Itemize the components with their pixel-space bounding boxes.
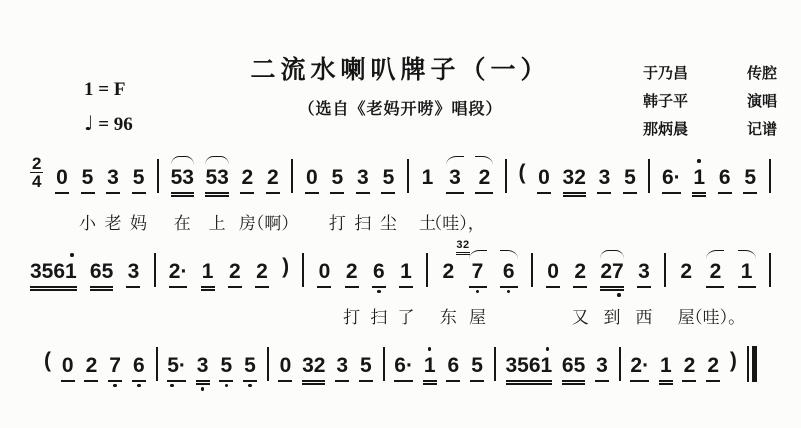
note: 6: [718, 152, 732, 205]
beam-underline: [30, 286, 77, 288]
quarter-note-icon: ♩: [84, 111, 93, 135]
octave-dot-above: [546, 347, 550, 351]
note: 5: [219, 340, 233, 393]
credit-name: 那炳晨: [643, 118, 688, 139]
beam-underline: [563, 195, 586, 197]
note: 2: [228, 246, 242, 299]
barline: [531, 253, 533, 287]
octave-dot-above: [428, 347, 432, 351]
beam-underline: [84, 380, 98, 382]
note: 0: [55, 152, 69, 205]
lyric: 在: [174, 209, 191, 234]
beam-underline: [394, 380, 413, 382]
credit-row: 于乃昌 传腔: [643, 62, 777, 83]
note: 53上: [205, 152, 228, 205]
note: 7屋: [469, 246, 487, 299]
note: 3: [126, 246, 140, 299]
beam-underline: [372, 286, 386, 288]
note: 5: [623, 152, 637, 205]
note: 2: [706, 340, 720, 393]
note: 3扫: [356, 152, 370, 205]
barline: [291, 159, 293, 193]
note: 1: [738, 246, 756, 299]
lyric: 妈: [130, 209, 147, 234]
lyric: 西: [635, 303, 652, 328]
beam-underline: [659, 383, 673, 385]
beam-underline: [623, 192, 637, 194]
beam-underline: [682, 380, 696, 382]
note: 0: [61, 340, 75, 393]
beam-underline: [600, 286, 623, 288]
octave-dot-below: [377, 290, 381, 294]
barline: [505, 159, 507, 193]
lyric: 打: [343, 303, 360, 328]
beam-underline: [167, 380, 186, 382]
note: 0: [546, 246, 560, 299]
note: 53在: [171, 152, 194, 205]
beam-underline: [219, 380, 233, 382]
beam-underline: [90, 286, 113, 288]
note: 6: [446, 340, 460, 393]
credit-role: 演唱: [747, 90, 777, 111]
beam-underline: [659, 380, 673, 382]
beam-underline: [475, 192, 493, 194]
note: 6·: [662, 152, 681, 205]
barline: [494, 347, 496, 381]
lyric: 扫: [354, 209, 371, 234]
note: 2（啊）: [266, 152, 280, 205]
beam-underline: [706, 286, 724, 288]
note: 5: [470, 340, 484, 393]
credit-role: 记谱: [747, 118, 777, 139]
lyric: 小: [79, 209, 96, 234]
beam-underline: [132, 380, 146, 382]
tempo-value: = 96: [98, 114, 133, 135]
lyric: 上: [209, 209, 226, 234]
note: 0: [537, 152, 551, 205]
barline: [619, 347, 621, 381]
barline: [156, 347, 158, 381]
octave-dot-above: [70, 253, 74, 257]
note: 5小: [81, 152, 95, 205]
beam-underline: [196, 380, 210, 382]
lyric: （啊）: [247, 209, 298, 234]
beam-underline: [597, 192, 611, 194]
beam-underline: [81, 192, 95, 194]
barline: [154, 253, 156, 287]
lyric: 又: [572, 303, 589, 328]
key-tempo-block: 1 = F ♩ = 96: [84, 80, 133, 148]
lyric: 打: [329, 209, 346, 234]
note: 65: [90, 246, 113, 299]
beam-underline: [423, 383, 437, 385]
slur: [738, 250, 756, 259]
barline: [157, 159, 159, 193]
credits-block: 于乃昌 传腔 韩子平 演唱 那炳晨 记谱: [643, 62, 777, 139]
note: 1: [659, 340, 673, 393]
note: 5: [743, 152, 757, 205]
note: 0: [317, 246, 331, 299]
parenthesis: ): [730, 349, 737, 373]
barline: [769, 159, 771, 193]
lyric: 老: [105, 209, 122, 234]
barline: [664, 253, 666, 287]
note: 6扫: [372, 246, 386, 299]
tempo-marking: ♩ = 96: [84, 113, 133, 135]
note: 3: [597, 152, 611, 205]
slur: [600, 250, 623, 259]
octave-dot-below: [225, 384, 229, 388]
note: 2·: [169, 246, 188, 299]
octave-dot-below: [137, 384, 141, 388]
parenthesis: (: [44, 349, 51, 373]
beam-underline: [692, 195, 706, 197]
credit-role: 传腔: [747, 62, 777, 83]
octave-dot-below: [170, 384, 174, 388]
beam-underline: [595, 380, 609, 382]
beam-underline: [169, 286, 188, 288]
beam-underline: [399, 286, 413, 288]
beam-underline: [317, 286, 331, 288]
credit-name: 于乃昌: [643, 62, 688, 83]
slur: [500, 250, 518, 259]
beam-underline: [537, 192, 551, 194]
beam-underline: [335, 380, 349, 382]
beam-underline: [90, 289, 113, 291]
beam-underline: [743, 192, 757, 194]
note: 1: [692, 152, 706, 205]
note: 3: [335, 340, 349, 393]
barline: [426, 253, 428, 287]
beam-underline: [600, 289, 623, 291]
octave-dot-above: [697, 159, 701, 163]
octave-dot-below: [113, 384, 117, 388]
note: 32: [302, 340, 325, 393]
beam-underline: [573, 286, 587, 288]
beam-underline: [446, 192, 464, 194]
beam-underline: [359, 380, 373, 382]
beam-underline: [302, 380, 325, 382]
beam-underline: [205, 195, 228, 197]
beam-underline: [706, 380, 720, 382]
beam-underline: [718, 192, 732, 194]
score-line-1: 2405小3老5妈53在53上2房2（啊）05打3扫5尘1土3（哇），2(032…: [30, 152, 771, 246]
beam-underline: [305, 192, 319, 194]
note: 3: [196, 340, 210, 393]
parenthesis: (: [519, 161, 526, 185]
barline: [267, 347, 269, 381]
beam-underline: [738, 286, 756, 288]
score-line-3: (02765·355032356·16535616532·122): [30, 340, 771, 400]
note: 5·: [167, 340, 186, 393]
note: 2屋: [679, 246, 693, 299]
beam-underline: [205, 192, 228, 194]
note: 2又: [573, 246, 587, 299]
beam-underline: [240, 192, 254, 194]
beam-underline: [330, 192, 344, 194]
lyric: （哇），: [425, 209, 485, 234]
beam-underline: [506, 383, 553, 385]
beam-underline: [469, 286, 487, 288]
note: 3西: [637, 246, 651, 299]
beam-underline: [61, 380, 75, 382]
lyric: 东: [440, 303, 457, 328]
beam-underline: [662, 192, 681, 194]
beam-underline: [500, 286, 518, 288]
note: 1: [201, 246, 215, 299]
beam-underline: [132, 192, 146, 194]
beam-underline: [266, 192, 280, 194]
beam-underline: [278, 380, 292, 382]
note: 2打: [345, 246, 359, 299]
barline: [383, 347, 385, 381]
lyric: 了: [398, 303, 415, 328]
beam-underline: [563, 192, 586, 194]
beam-underline: [171, 195, 194, 197]
lyric: （哇）。: [686, 303, 746, 328]
note: 5打: [330, 152, 344, 205]
octave-dot-below: [476, 290, 480, 294]
beam-underline: [228, 286, 242, 288]
note: 3（哇），: [446, 152, 464, 205]
beam-underline: [302, 383, 325, 385]
beam-underline: [255, 286, 269, 288]
beam-underline: [630, 380, 649, 382]
beam-underline: [243, 380, 257, 382]
note: 2（哇）。: [706, 246, 724, 299]
note: 3: [595, 340, 609, 393]
beam-underline: [546, 286, 560, 288]
barline: [648, 159, 650, 193]
slur: [205, 156, 228, 165]
parenthesis: ): [282, 255, 289, 279]
note: 6: [132, 340, 146, 393]
octave-dot-below: [617, 293, 621, 297]
beam-underline: [692, 192, 706, 194]
credit-row: 那炳晨 记谱: [643, 118, 777, 139]
octave-dot-below: [248, 384, 252, 388]
note: 2: [255, 246, 269, 299]
note: 2: [682, 340, 696, 393]
beam-underline: [201, 289, 215, 291]
credit-row: 韩子平 演唱: [643, 90, 777, 111]
beam-underline: [171, 192, 194, 194]
note: 27到: [600, 246, 623, 299]
note: 7: [108, 340, 122, 393]
beam-underline: [446, 380, 460, 382]
lyric: 屋: [469, 303, 486, 328]
beam-underline: [55, 192, 69, 194]
beam-underline: [196, 383, 210, 385]
note: 3561: [506, 340, 553, 393]
note: 5尘: [381, 152, 395, 205]
beam-underline: [470, 380, 484, 382]
note: 6: [500, 246, 518, 299]
note: 5妈: [132, 152, 146, 205]
slur: [475, 156, 493, 165]
beam-underline: [30, 289, 77, 291]
beam-underline: [345, 286, 359, 288]
barline: [769, 253, 771, 287]
note: 1土: [420, 152, 434, 205]
slur: [469, 250, 487, 259]
note: 2房: [240, 152, 254, 205]
note: 2: [84, 340, 98, 393]
octave-dot-below: [201, 387, 205, 391]
sheet-music-page: 二流水喇叭牌子（一） （选自《老妈开唠》唱段） 1 = F ♩ = 96 于乃昌…: [0, 0, 801, 428]
credit-name: 韩子平: [643, 90, 688, 111]
note: 1: [423, 340, 437, 393]
barline: [302, 253, 304, 287]
beam-underline: [201, 286, 215, 288]
beam-underline: [381, 192, 395, 194]
note: 32: [563, 152, 586, 205]
octave-dot-below: [507, 290, 511, 294]
slur: [706, 250, 724, 259]
beam-underline: [637, 286, 651, 288]
note: 5: [243, 340, 257, 393]
note: 3老: [106, 152, 120, 205]
barline: [407, 159, 409, 193]
beam-underline: [126, 286, 140, 288]
note: 0: [278, 340, 292, 393]
note: 2: [475, 152, 493, 205]
note: 232东: [441, 246, 455, 299]
beam-underline: [506, 380, 553, 382]
lyric: 尘: [380, 209, 397, 234]
key-signature: 1 = F: [84, 80, 133, 100]
slur: [446, 156, 464, 165]
note: 6·: [394, 340, 413, 393]
score: 2405小3老5妈53在53上2房2（啊）05打3扫5尘1土3（哇），2(032…: [0, 152, 801, 400]
final-barline: [747, 346, 757, 382]
lyric: 扫: [370, 303, 387, 328]
beam-underline: [562, 380, 585, 382]
time-signature: 24: [30, 155, 43, 190]
beam-underline: [562, 383, 585, 385]
slur: [171, 156, 194, 165]
beam-underline: [423, 380, 437, 382]
note: 65: [562, 340, 585, 393]
beam-underline: [108, 380, 122, 382]
note: 2·: [630, 340, 649, 393]
lyric: 到: [604, 303, 621, 328]
score-line-2: 35616532·122)02打6扫1了232东7屋602又27到3西2屋2（哇…: [30, 246, 771, 340]
note: 1了: [399, 246, 413, 299]
beam-underline: [356, 192, 370, 194]
note: 5: [359, 340, 373, 393]
beam-underline: [106, 192, 120, 194]
note: 0: [305, 152, 319, 205]
note: 3561: [30, 246, 77, 299]
